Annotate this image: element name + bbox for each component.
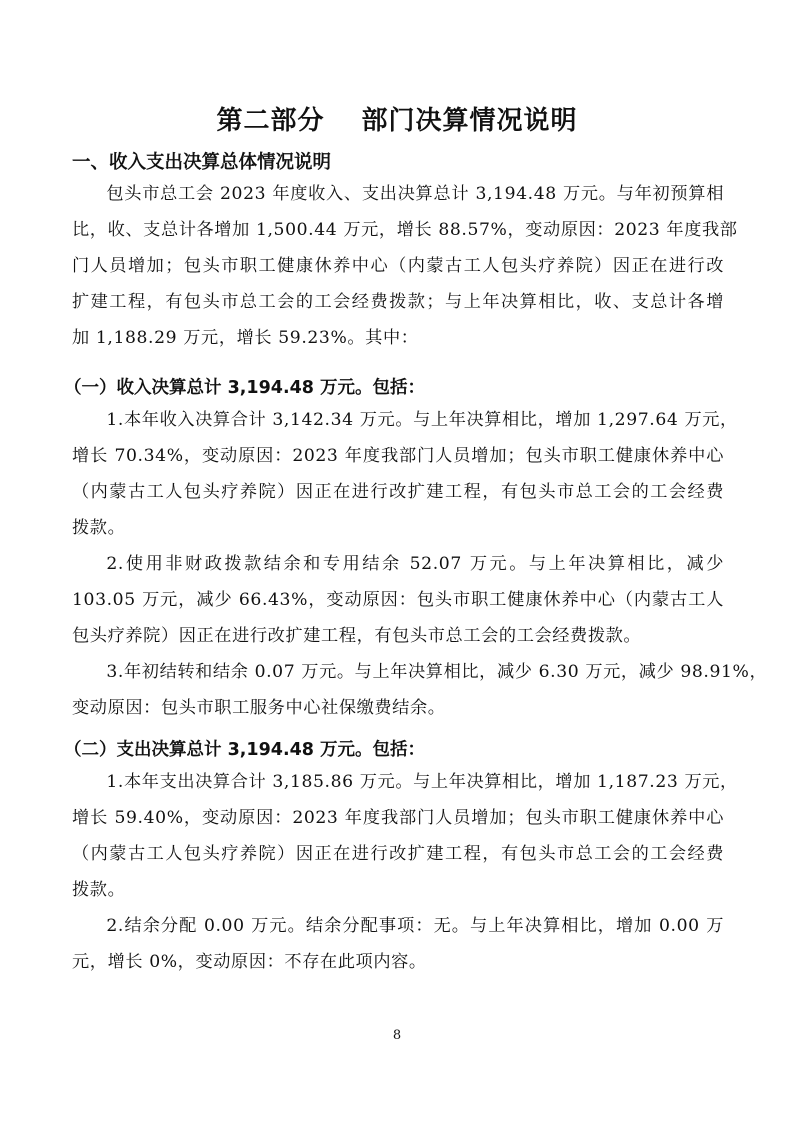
text-line: 2.使用非财政拨款结余和专用结余 52.07 万元。与上年决算相比，减少	[72, 546, 724, 582]
expenditure-heading: （二）支出决算总计 3,194.48 万元。包括：	[64, 736, 425, 761]
text-line: 1.本年支出决算合计 3,185.86 万元。与上年决算相比，增加 1,187.…	[72, 764, 724, 800]
page-title: 第二部分 部门决算情况说明	[0, 100, 794, 137]
text-line: 比，收、支总计各增加 1,500.44 万元，增长 88.57%，变动原因：20…	[72, 212, 724, 248]
text-line: 增长 70.34%，变动原因：2023 年度我部门人员增加；包头市职工健康休养中…	[72, 438, 724, 474]
text-line: （内蒙古工人包头疗养院）因正在进行改扩建工程，有包头市总工会的工会经费	[72, 836, 724, 872]
text-line: 拨款。	[72, 872, 724, 908]
text-line: 增长 59.40%，变动原因：2023 年度我部门人员增加；包头市职工健康休养中…	[72, 800, 724, 836]
text-line: 变动原因：包头市职工服务中心社保缴费结余。	[72, 690, 724, 726]
income-item-1: 1.本年收入决算合计 3,142.34 万元。与上年决算相比，增加 1,297.…	[72, 402, 724, 546]
income-heading: （一）收入决算总计 3,194.48 万元。包括：	[64, 374, 425, 399]
section-heading-overview: 一、收入支出决算总体情况说明	[72, 148, 331, 174]
page-number: 8	[0, 1028, 794, 1043]
text-line: 元，增长 0%，变动原因：不存在此项内容。	[72, 944, 724, 980]
text-line: 103.05 万元，减少 66.43%，变动原因：包头市职工健康休养中心（内蒙古…	[72, 582, 724, 618]
text-line: 拨款。	[72, 510, 724, 546]
text-line: 门人员增加；包头市职工健康休养中心（内蒙古工人包头疗养院）因正在进行改	[72, 248, 724, 284]
text-line: （内蒙古工人包头疗养院）因正在进行改扩建工程，有包头市总工会的工会经费	[72, 474, 724, 510]
text-line: 包头疗养院）因正在进行改扩建工程，有包头市总工会的工会经费拨款。	[72, 618, 724, 654]
income-item-3: 3.年初结转和结余 0.07 万元。与上年决算相比，减少 6.30 万元，减少 …	[72, 654, 724, 726]
expenditure-item-1: 1.本年支出决算合计 3,185.86 万元。与上年决算相比，增加 1,187.…	[72, 764, 724, 908]
text-line: 加 1,188.29 万元，增长 59.23%。其中：	[72, 320, 724, 356]
text-line: 3.年初结转和结余 0.07 万元。与上年决算相比，减少 6.30 万元，减少 …	[72, 654, 724, 690]
intro-paragraph: 包头市总工会 2023 年度收入、支出决算总计 3,194.48 万元。与年初预…	[72, 176, 724, 356]
text-line: 扩建工程，有包头市总工会的工会经费拨款；与上年决算相比，收、支总计各增	[72, 284, 724, 320]
text-line: 包头市总工会 2023 年度收入、支出决算总计 3,194.48 万元。与年初预…	[72, 176, 724, 212]
text-line: 1.本年收入决算合计 3,142.34 万元。与上年决算相比，增加 1,297.…	[72, 402, 724, 438]
income-item-2: 2.使用非财政拨款结余和专用结余 52.07 万元。与上年决算相比，减少 103…	[72, 546, 724, 654]
expenditure-item-2: 2.结余分配 0.00 万元。结余分配事项：无。与上年决算相比，增加 0.00 …	[72, 908, 724, 980]
text-line: 2.结余分配 0.00 万元。结余分配事项：无。与上年决算相比，增加 0.00 …	[72, 908, 724, 944]
